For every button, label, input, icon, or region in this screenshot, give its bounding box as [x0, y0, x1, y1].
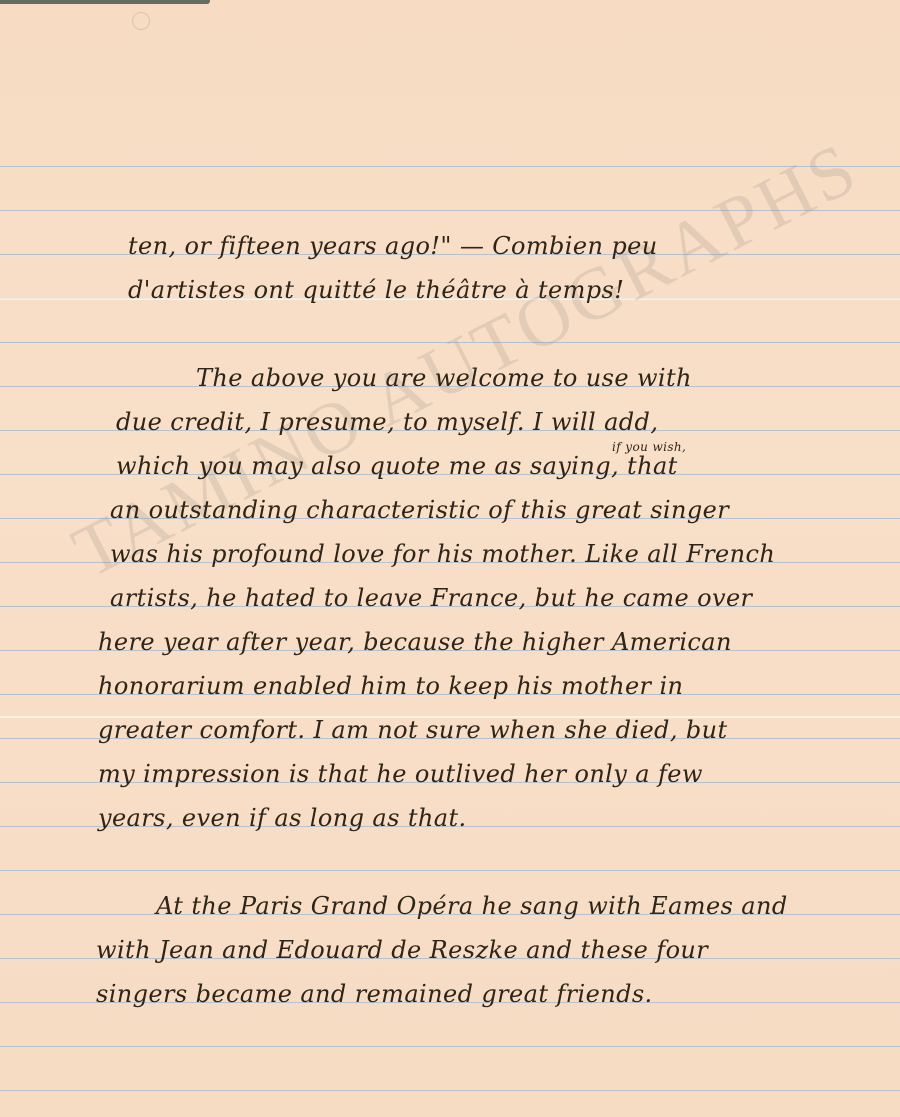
text-line: greater comfort. I am not sure when she …	[98, 716, 728, 744]
text-line: honorarium enabled him to keep his mothe…	[98, 672, 683, 700]
text-line: artists, he hated to leave France, but h…	[110, 584, 752, 612]
letter-page: TAMINO AUTOGRAPHS ten, or fifteen years …	[0, 0, 900, 1117]
text-line: ten, or fifteen years ago!" — Combien pe…	[128, 232, 658, 260]
text-line: my impression is that he outlived her on…	[98, 760, 703, 788]
text-line: years, even if as long as that.	[98, 804, 467, 832]
text-line: singers became and remained great friend…	[96, 980, 653, 1008]
text-line: which you may also quote me as saying, t…	[116, 452, 678, 480]
text-line: here year after year, because the higher…	[98, 628, 732, 656]
watermark: TAMINO AUTOGRAPHS	[60, 126, 873, 596]
text-line: was his profound love for his mother. Li…	[110, 540, 775, 568]
text-line: an outstanding characteristic of this gr…	[110, 496, 729, 524]
text-line: with Jean and Edouard de Reszke and thes…	[96, 936, 708, 964]
text-line: The above you are welcome to use with	[196, 364, 692, 392]
text-line: At the Paris Grand Opéra he sang with Ea…	[156, 892, 788, 920]
paper-stain	[132, 12, 150, 30]
torn-top-edge	[0, 0, 210, 4]
text-line: d'artistes ont quitté le théâtre à temps…	[128, 276, 624, 304]
text-line: due credit, I presume, to myself. I will…	[116, 408, 658, 436]
